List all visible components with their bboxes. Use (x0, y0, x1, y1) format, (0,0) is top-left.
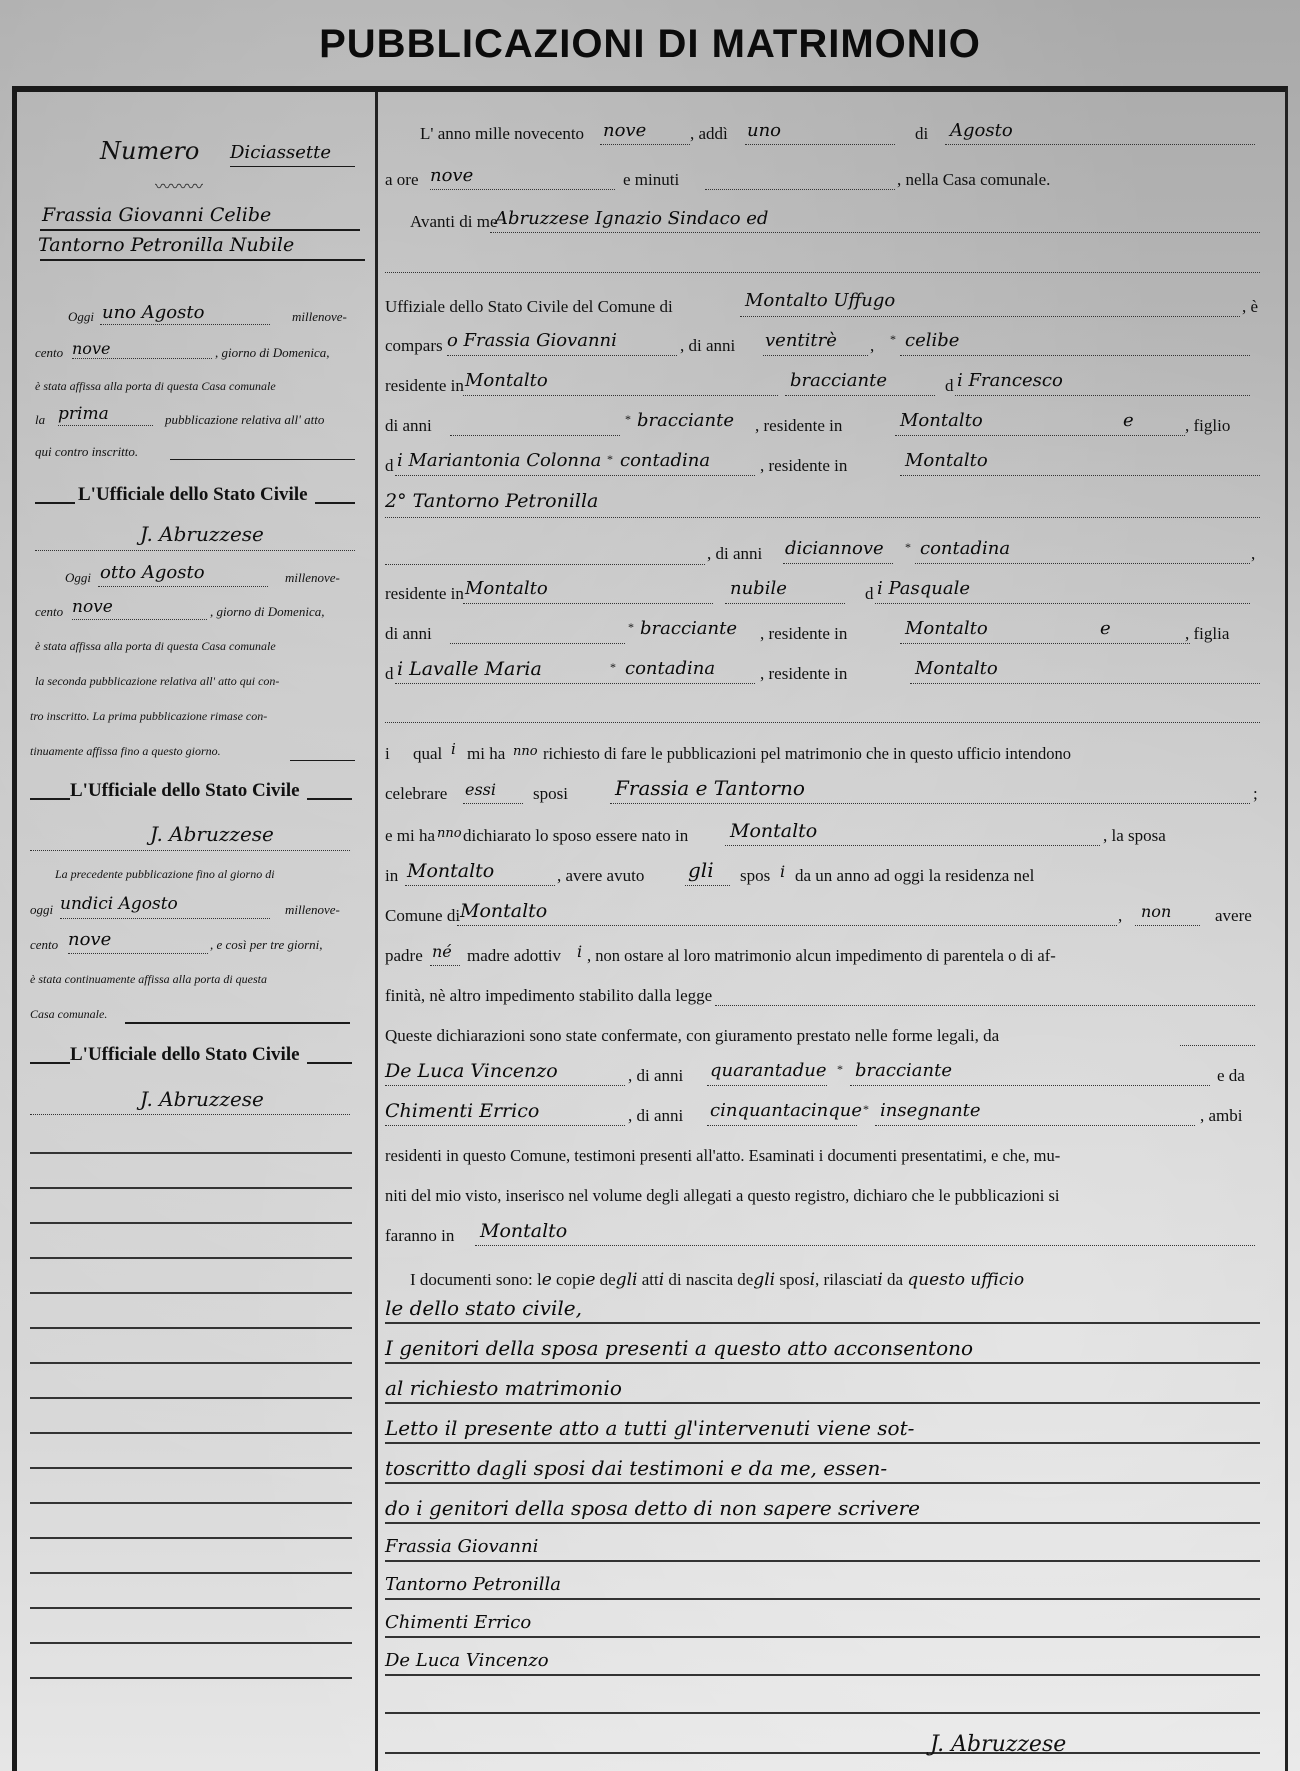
party-signature: Chimenti Errico (385, 1612, 531, 1633)
label: d (385, 664, 394, 684)
asterisk: * (625, 412, 631, 427)
label: e minuti (623, 170, 679, 190)
pub3-tail: , e così per tre giorni, (210, 937, 323, 953)
pub2-text1: è stata affissa alla porta di questa Cas… (35, 639, 276, 654)
label: finità, nè altro impedimento stabilito d… (385, 986, 712, 1006)
groom-mother-residence-value: Montalto (905, 450, 988, 471)
officer-heading-2: L'Ufficiale dello Stato Civile (70, 780, 300, 802)
groom-father-residence-value: Montalto (900, 410, 983, 431)
giorno-label: , giorno di Domenica, (210, 604, 324, 620)
label: richiesto di fare le pubblicazioni pel m… (543, 744, 1071, 764)
witness1-name-value: De Luca Vincenzo (385, 1060, 558, 1082)
label: in (385, 866, 398, 886)
label: , (1118, 906, 1122, 926)
blank-line (30, 1502, 352, 1504)
day-value: uno (747, 120, 781, 141)
blank-line (30, 1327, 352, 1329)
blank-line (30, 1257, 352, 1259)
pub1-date: uno Agosto (102, 302, 204, 323)
note-line: le dello stato civile, (385, 1296, 582, 1320)
pub3-date: undici Agosto (60, 894, 178, 914)
label: , di anni (628, 1106, 683, 1126)
bride-residence-value: Montalto (465, 578, 548, 599)
handwritten-suffix: nno (513, 744, 538, 759)
label: d (865, 584, 874, 604)
label: , di anni (628, 1066, 683, 1086)
label: , (870, 336, 874, 356)
blank-line (30, 1362, 352, 1364)
label: dichiarato lo sposo essere nato in (463, 826, 688, 846)
officer-heading-1: L'Ufficiale dello Stato Civile (78, 484, 308, 506)
groom-birthplace-value: Montalto (730, 820, 817, 842)
label: residenti in questo Comune, testimoni pr… (385, 1146, 1060, 1166)
blank-line (30, 1677, 352, 1679)
numero-label: Numero (100, 137, 199, 165)
publication-place-value: Montalto (480, 1220, 567, 1242)
label: , residente in (755, 416, 842, 436)
blank-line (30, 1222, 352, 1224)
handwritten-gli: gli (688, 858, 714, 882)
millenove-label: millenove- (292, 309, 347, 325)
label: celebrare (385, 784, 447, 804)
label: , residente in (760, 456, 847, 476)
blank-line (30, 1572, 352, 1574)
handwritten-non: non (1141, 902, 1171, 921)
pub3-text2: è stata continuamente affissa alla porta… (30, 972, 267, 987)
blank-line (30, 1187, 352, 1189)
year-value: nove (603, 120, 646, 141)
label: spos (740, 866, 770, 886)
pub1-year: nove (72, 339, 110, 358)
label: L' anno mille novecento (420, 124, 584, 144)
millenove-label: millenove- (285, 902, 340, 918)
handwritten-suffix: i (451, 740, 456, 758)
groom-age-value: ventitrè (765, 330, 837, 351)
label: residente in (385, 584, 464, 604)
label: compars (385, 336, 443, 356)
bride-job-value: contadina (920, 538, 1010, 559)
label: a ore (385, 170, 419, 190)
groom-mother-value: i Mariantonia Colonna (397, 450, 601, 471)
handwritten-e: e (1100, 618, 1111, 639)
label: , non ostare al loro matrimonio alcun im… (587, 946, 1056, 966)
column-divider (375, 92, 378, 1771)
label: , addì (690, 124, 728, 144)
blank-line (30, 1537, 352, 1539)
label: , di anni (707, 544, 762, 564)
pub1-ordinal: prima (58, 404, 109, 424)
witness2-name-value: Chimenti Errico (385, 1100, 539, 1122)
officer-signature-2: J. Abruzzese (150, 822, 274, 846)
pub3-year: nove (68, 929, 111, 950)
note-line: al richiesto matrimonio (385, 1376, 622, 1400)
names-line-2: Tantorno Petronilla Nubile (38, 234, 294, 256)
documents-line: I documenti sono: le copie degli atti di… (410, 1270, 1024, 1290)
note-line: do i genitori della sposa detto di non s… (385, 1496, 920, 1520)
pub1-text2: pubblicazione relativa all' atto (165, 412, 324, 428)
handwritten-suffix: i (577, 942, 582, 961)
label: , è (1242, 297, 1258, 317)
label: , (1251, 544, 1255, 564)
oggi-label: Oggi (68, 309, 94, 325)
flourish: 〰〰〰 (155, 174, 203, 197)
label: , residente in (760, 624, 847, 644)
oggi-label: oggi (30, 902, 53, 918)
comune-value: Montalto Uffugo (745, 290, 895, 311)
handwritten-ne: né (432, 942, 452, 961)
groom-father-value: i Francesco (957, 370, 1063, 391)
names-line-1: Frassia Giovanni Celibe (42, 204, 271, 226)
label: sposi (533, 784, 568, 804)
blank-line (30, 1397, 352, 1399)
label: di anni (385, 624, 432, 644)
oggi-label: Oggi (65, 570, 91, 586)
groom-residence-value: Montalto (465, 370, 548, 391)
asterisk: * (863, 1102, 869, 1117)
blank-line (30, 1432, 352, 1434)
residence-comune-value: Montalto (460, 900, 547, 922)
witness2-age-value: cinquantacinque (710, 1100, 862, 1121)
witness2-job-value: insegnante (880, 1100, 981, 1121)
groom-name-value: o Frassia Giovanni (447, 330, 617, 351)
label: padre (385, 946, 423, 966)
pub1-text3: qui contro inscritto. (35, 444, 138, 460)
label: Comune di (385, 906, 460, 926)
asterisk: * (890, 332, 896, 347)
witness1-age-value: quarantadue (710, 1060, 827, 1081)
officer-name-value: Abruzzese Ignazio Sindaco ed (495, 208, 768, 229)
spouses-names-value: Frassia e Tantorno (615, 776, 805, 800)
handwritten-e: e (1123, 410, 1134, 431)
note-line: Letto il presente atto a tutti gl'interv… (385, 1416, 914, 1440)
millenove-label: millenove- (285, 570, 340, 586)
officer-signature-3: J. Abruzzese (140, 1087, 264, 1111)
label: qual (413, 744, 442, 764)
party-signature: Frassia Giovanni (385, 1536, 538, 1557)
label: d (385, 456, 394, 476)
handwritten-suffix: nno (437, 826, 462, 841)
label: e da (1217, 1066, 1245, 1086)
blank-line (30, 1607, 352, 1609)
hour-value: nove (430, 165, 473, 186)
asterisk: * (610, 660, 616, 675)
document-title: PUBBLICAZIONI DI MATRIMONIO (0, 22, 1300, 67)
label: Uffiziale dello Stato Civile del Comune … (385, 297, 673, 317)
pub2-text4: tinuamente affissa fino a questo giorno. (30, 744, 221, 759)
label: e mi ha (385, 826, 435, 846)
giorno-label: , giorno di Domenica, (215, 345, 329, 361)
label: Queste dichiarazioni sono state conferma… (385, 1026, 999, 1046)
label: Avanti di me (410, 212, 498, 232)
bride-status-value: nubile (730, 578, 787, 599)
note-line: I genitori della sposa presenti a questo… (385, 1336, 973, 1360)
label: da un anno ad oggi la residenza nel (795, 866, 1034, 886)
asterisk: * (837, 1062, 843, 1077)
month-value: Agosto (950, 120, 1013, 141)
bride-mother-job-value: contadina (625, 658, 715, 679)
bride-mother-residence-value: Montalto (915, 658, 998, 679)
label: , residente in (760, 664, 847, 684)
pub1-text1: è stata affissa alla porta di questa Cas… (35, 379, 276, 394)
pub3-text1: La precedente pubblicazione fino al gior… (55, 867, 275, 882)
pub2-year: nove (72, 597, 113, 617)
blank-line (30, 1152, 352, 1154)
bride-birthplace-value: Montalto (407, 860, 494, 882)
pub2-text3: tro inscritto. La prima pubblicazione ri… (30, 709, 267, 724)
label: , figlio (1185, 416, 1230, 436)
witness1-job-value: bracciante (855, 1060, 952, 1081)
la-label: la (35, 412, 45, 428)
label: , nella Casa comunale. (897, 170, 1050, 190)
blank-line (30, 1292, 352, 1294)
cento-label: cento (30, 937, 58, 953)
label: niti del mio visto, inserisco nel volume… (385, 1186, 1060, 1206)
pub3-text3: Casa comunale. (30, 1007, 107, 1022)
pub2-date: otto Agosto (100, 562, 205, 583)
blank-line (30, 1642, 352, 1644)
note-line: toscritto dagli sposi dai testimoni e da… (385, 1456, 887, 1480)
bride-father-job-value: bracciante (640, 618, 737, 639)
bride-name-value: 2° Tantorno Petronilla (385, 490, 598, 512)
officer-heading-3: L'Ufficiale dello Stato Civile (70, 1044, 300, 1066)
label: , di anni (680, 336, 735, 356)
officer-signature-1: J. Abruzzese (140, 522, 264, 546)
bride-mother-value: i Lavalle Maria (397, 658, 542, 680)
label: , ambi (1200, 1106, 1243, 1126)
bride-father-residence-value: Montalto (905, 618, 988, 639)
label: mi ha (467, 744, 505, 764)
label: residente in (385, 376, 464, 396)
label: , la sposa (1103, 826, 1166, 846)
label: ; (1253, 784, 1258, 804)
asterisk: * (905, 540, 911, 555)
groom-father-job-value: bracciante (637, 410, 734, 431)
numero-value: Diciassette (230, 142, 331, 163)
label: di anni (385, 416, 432, 436)
label: , avere avuto (557, 866, 644, 886)
label: faranno in (385, 1226, 454, 1246)
cento-label: cento (35, 345, 63, 361)
label: madre adottiv (467, 946, 561, 966)
groom-status-value: celibe (905, 330, 959, 351)
label: di (915, 124, 928, 144)
handwritten-suffix: i (780, 862, 785, 881)
label: , figlia (1185, 624, 1229, 644)
label: i (385, 744, 390, 764)
handwritten-essi: essi (465, 780, 496, 799)
bride-age-value: diciannove (785, 538, 884, 559)
label: d (945, 376, 954, 396)
pub2-text2: la seconda pubblicazione relativa all' a… (35, 674, 279, 689)
cento-label: cento (35, 604, 63, 620)
asterisk: * (607, 452, 613, 467)
bride-father-value: i Pasquale (877, 578, 970, 599)
party-signature: Tantorno Petronilla (385, 1574, 561, 1595)
groom-mother-job-value: contadina (620, 450, 710, 471)
party-signature: De Luca Vincenzo (385, 1650, 549, 1671)
asterisk: * (628, 620, 634, 635)
blank-line (30, 1467, 352, 1469)
groom-job-value: bracciante (790, 370, 887, 391)
label: avere (1215, 906, 1252, 926)
officer-final-signature: J. Abruzzese (930, 1732, 1066, 1757)
